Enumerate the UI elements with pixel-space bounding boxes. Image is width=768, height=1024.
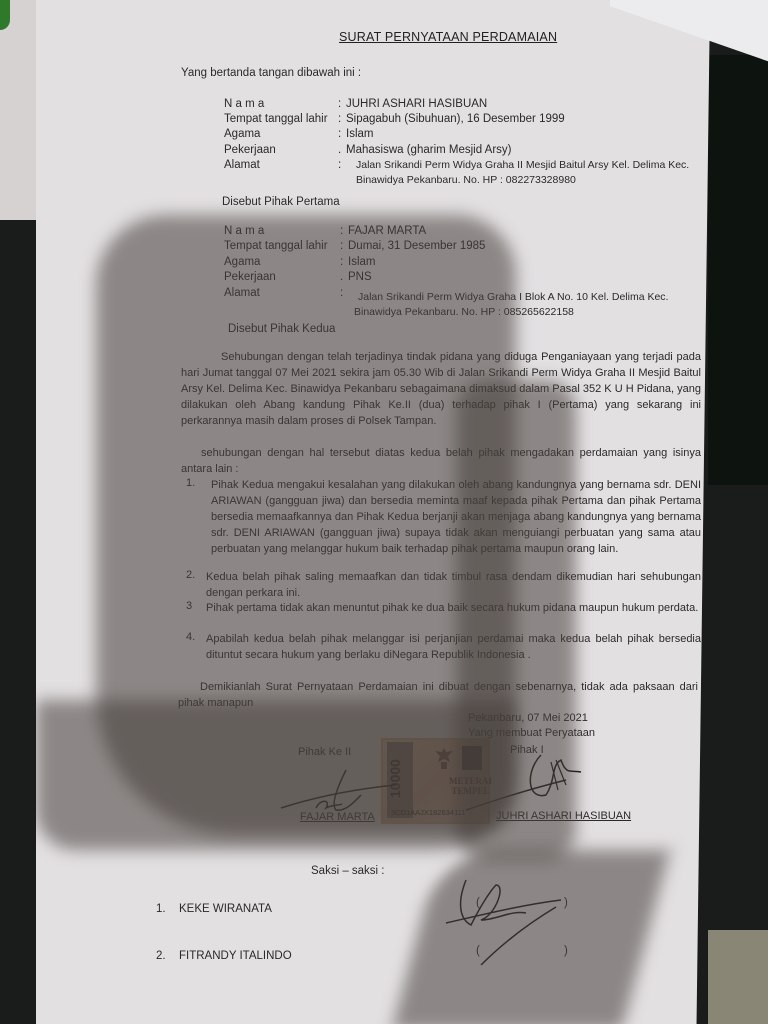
- term-item: Apabilah kedua belah pihak melanggar isi…: [206, 631, 701, 663]
- background-wall: [0, 0, 40, 220]
- colon: :: [340, 225, 343, 237]
- party-one-address-1: Jalan Srikandi Perm Widya Graha II Mesji…: [356, 159, 689, 171]
- label-address: Alamat: [224, 287, 260, 299]
- party-two-address-1: Jalan Srikandi Perm Widya Graha I Blok A…: [358, 291, 668, 303]
- party-two-address-2: Binawidya Pekanbaru. No. HP : 0852656221…: [354, 306, 574, 318]
- colon: :: [340, 240, 343, 252]
- party-two-designation: Disebut Pihak Kedua: [228, 323, 335, 335]
- party-one-address-2: Binawidya Pekanbaru. No. HP : 0822733289…: [356, 174, 576, 186]
- witness-number: 1.: [156, 903, 166, 915]
- term-number: 4.: [186, 631, 195, 643]
- signatory-right-name: JUHRI ASHARI HASIBUAN: [496, 810, 631, 822]
- incident-paragraph: Sehubungan dengan telah terjadinya tinda…: [181, 349, 701, 429]
- place-date: Pekanbaru, 07 Mei 2021: [468, 712, 588, 724]
- signatory-left-name: FAJAR MARTA: [300, 811, 375, 823]
- party-two-name: FAJAR MARTA: [348, 225, 426, 237]
- background-dark-surface: [708, 55, 768, 485]
- garuda-emblem-icon: [431, 746, 457, 772]
- signature-left: [276, 760, 426, 815]
- party-one-birth: Sipagabuh (Sibuhuan), 16 Desember 1999: [346, 113, 565, 125]
- label-birth: Tempat tanggal lahir: [224, 240, 328, 252]
- agreement-intro-paragraph: sehubungan dengan hal tersebut diatas ke…: [181, 445, 701, 477]
- witness-heading: Saksi – saksi :: [311, 865, 385, 877]
- intro-text: Yang bertanda tangan dibawah ini :: [181, 67, 361, 79]
- colon: :: [340, 256, 343, 268]
- colon: :: [338, 113, 341, 125]
- colon: .: [340, 271, 343, 283]
- closing-paragraph: Demikianlah Surat Pernyataan Perdamaian …: [178, 679, 698, 711]
- witness-signature: [436, 865, 576, 975]
- term-number: 1.: [186, 477, 195, 489]
- term-item: Pihak Kedua mengakui kesalahan yang dila…: [211, 477, 701, 557]
- term-item: Kedua belah pihak saling memaafkan dan t…: [206, 569, 701, 601]
- party-two-occupation: PNS: [348, 271, 372, 283]
- colon: :: [338, 98, 341, 110]
- label-occupation: Pekerjaan: [224, 271, 276, 283]
- witness-number: 2.: [156, 950, 166, 962]
- signatory-left-label: Pihak Ke II: [298, 746, 351, 758]
- term-item: Pihak pertama tidak akan menuntut pihak …: [206, 600, 701, 616]
- label-occupation: Pekerjaan: [224, 144, 276, 156]
- label-address: Alamat: [224, 159, 260, 171]
- label-religion: Agama: [224, 128, 260, 140]
- label-name: N a m a: [224, 225, 264, 237]
- party-one-occupation: Mahasiswa (gharim Mesjid Arsy): [346, 144, 512, 156]
- party-two-birth: Dumai, 31 Desember 1985: [348, 240, 485, 252]
- document-title: SURAT PERNYATAAN PERDAMAIAN: [339, 30, 557, 44]
- witness-name: KEKE WIRANATA: [179, 903, 272, 915]
- colon: :: [338, 128, 341, 140]
- colon: :: [340, 287, 343, 299]
- party-one-designation: Disebut Pihak Pertama: [222, 196, 340, 208]
- witness-name: FITRANDY ITALINDO: [179, 950, 292, 962]
- party-one-name: JUHRI ASHARI HASIBUAN: [346, 98, 487, 110]
- colon: .: [338, 144, 341, 156]
- label-birth: Tempat tanggal lahir: [224, 113, 328, 125]
- document-content: SURAT PERNYATAAN PERDAMAIAN Yang bertand…: [36, 0, 710, 1024]
- background-table: [708, 930, 768, 1024]
- party-one-religion: Islam: [346, 128, 373, 140]
- party-two-religion: Islam: [348, 256, 375, 268]
- colon: :: [338, 159, 341, 171]
- label-name: N a m a: [224, 98, 264, 110]
- document-page: SURAT PERNYATAAN PERDAMAIAN Yang bertand…: [36, 0, 710, 1024]
- label-religion: Agama: [224, 256, 260, 268]
- term-number: 2.: [186, 569, 195, 581]
- term-number: 3: [186, 600, 192, 612]
